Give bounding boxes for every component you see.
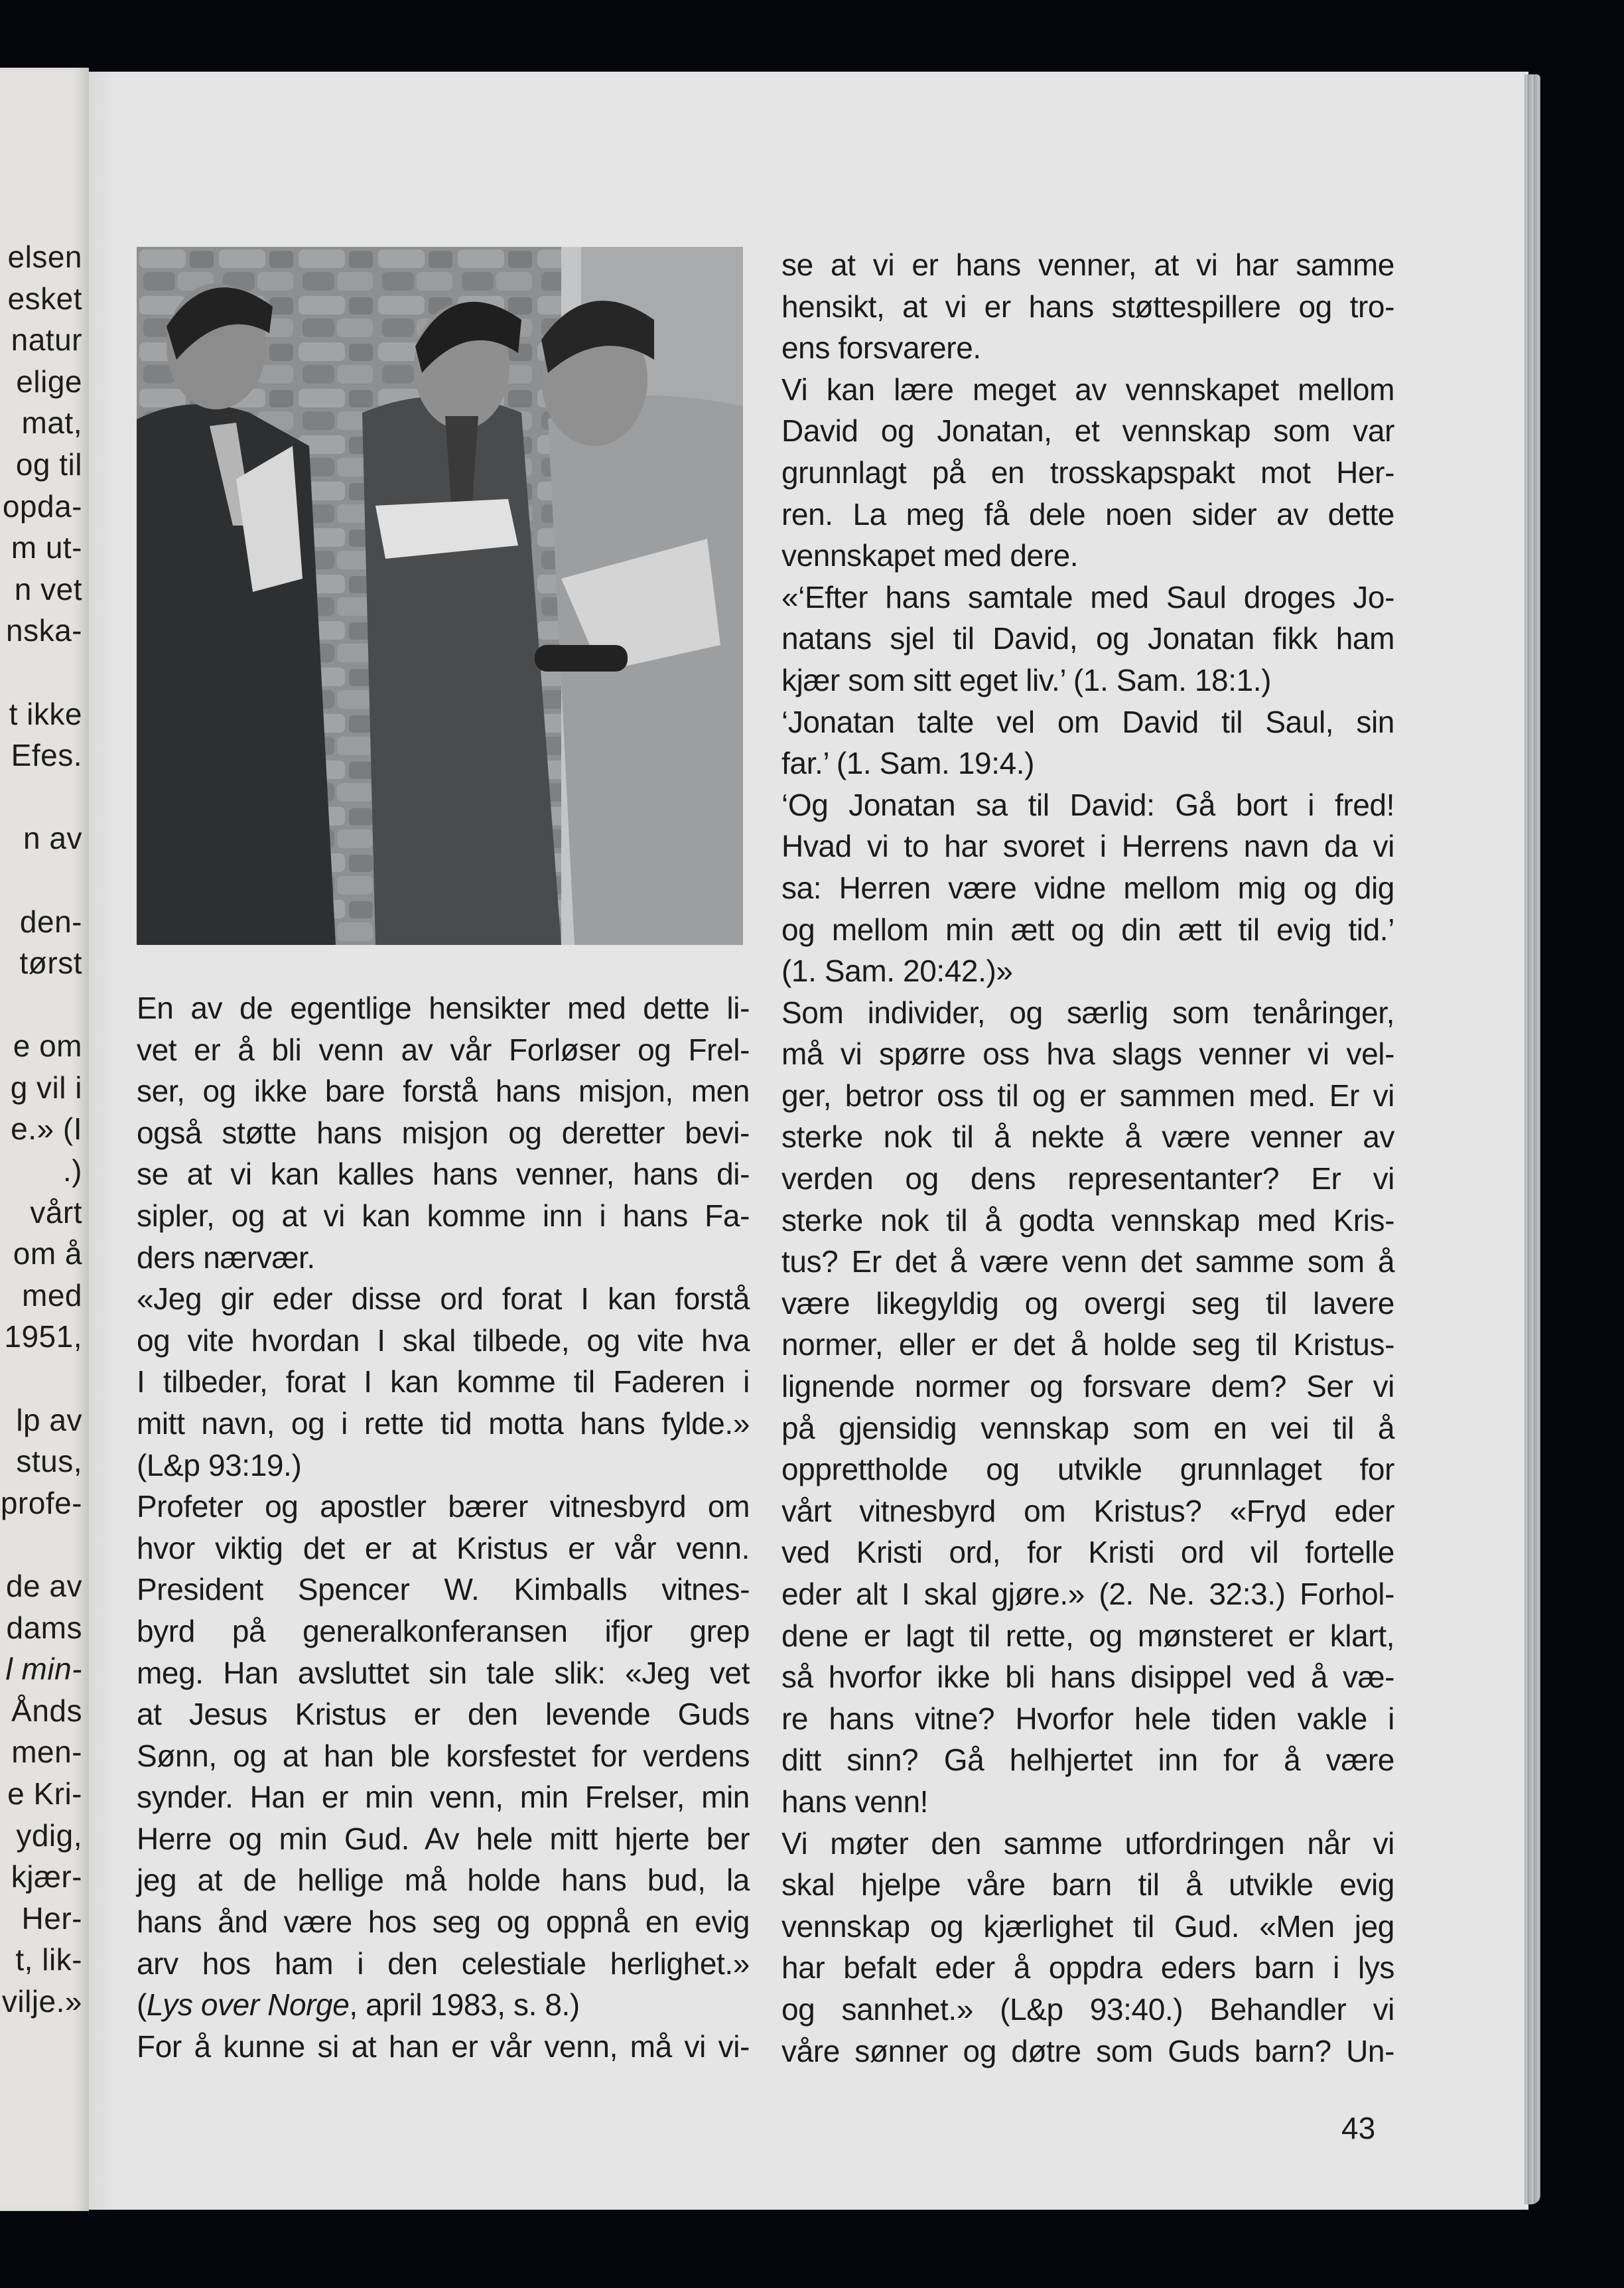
text-line: Vi møter den samme utfordringen når vi	[781, 1823, 1394, 1865]
text-line: ‘Og Jonatan sa til David: Gå bort i fred…	[781, 784, 1394, 826]
text-line: opprettholde og utvikle grunnlaget for	[781, 1449, 1394, 1490]
photo-image-icon	[137, 247, 743, 945]
text-line: hans venn!	[781, 1781, 1394, 1823]
text-line: våre sønner og døtre som Guds barn? Un-	[781, 2031, 1394, 2072]
left-page-line	[0, 1524, 82, 1565]
left-page-line	[0, 1358, 82, 1399]
text-line: vennskapet med dere.	[781, 535, 1394, 577]
left-page-line: Efes.	[0, 735, 82, 776]
left-page-line	[0, 776, 82, 818]
text-line: sterke nok til å nekte å være venner av	[781, 1116, 1394, 1158]
left-page-line: de av	[0, 1565, 82, 1607]
text-line: byrd på generalkonferansen ifjor grep	[137, 1610, 750, 1652]
left-page-line: stus,	[0, 1441, 82, 1482]
text-line: verden og dens representanter? Er vi	[781, 1158, 1394, 1200]
text-line: hans ånd være hos seg og oppnå en evig	[137, 1901, 750, 1943]
text-line: sterke nok til å godta vennskap med Kris…	[781, 1200, 1394, 1242]
text-line: at Jesus Kristus er den levende Guds	[137, 1693, 750, 1735]
text-line: Profeter og apostler bærer vitnesbyrd om	[137, 1486, 750, 1528]
text-line: ger, betror oss til og er sammen med. Er…	[781, 1075, 1394, 1117]
left-page-line: esket	[0, 278, 82, 320]
text-line: arv hos ham i den celestiale herlighet.»	[137, 1943, 750, 1985]
text-line: Vi kan lære meget av vennskapet mellom	[781, 369, 1394, 411]
text-line: normer, eller er det å holde seg til Kri…	[781, 1324, 1394, 1366]
text-line: ser, og ikke bare forstå hans misjon, me…	[137, 1070, 750, 1112]
text-line: sipler, og at vi kan komme inn i hans Fa…	[137, 1195, 750, 1237]
text-line: på gjensidig vennskap som en vei til å	[781, 1407, 1394, 1449]
text-line: Sønn, og at han ble korsfestet for verde…	[137, 1735, 750, 1777]
text-line: Herre og min Gud. Av hele mitt hjerte be…	[137, 1818, 750, 1860]
text-line: I tilbeder, forat I kan komme til Fadere…	[137, 1361, 750, 1403]
text-line: far.’ (1. Sam. 19:4.)	[781, 743, 1394, 784]
left-page-line: g vil i	[0, 1067, 82, 1109]
left-page-line: n av	[0, 818, 82, 859]
text-line: tus? Er det å være venn det samme som å	[781, 1241, 1394, 1283]
text-line: David og Jonatan, et vennskap som var	[781, 410, 1394, 452]
left-page-line: den-	[0, 901, 82, 943]
left-page-line: og til	[0, 444, 82, 486]
left-page-line: om å	[0, 1233, 82, 1275]
text-line: vet er å bli venn av vår Forløser og Fre…	[137, 1029, 750, 1071]
text-line: ens forsvarere.	[781, 327, 1394, 369]
left-page-line: Her-	[0, 1898, 82, 1940]
text-line: sa: Herren være vidne mellom mig og dig	[781, 867, 1394, 909]
left-page-line: e.» (I	[0, 1108, 82, 1150]
text-line: ders nærvær.	[137, 1237, 750, 1279]
left-page-line: mat,	[0, 402, 82, 444]
text-line: (Lys over Norge, april 1983, s. 8.)	[137, 1984, 750, 2026]
text-line: se at vi kan kalles hans venner, hans di…	[137, 1153, 750, 1195]
left-page-line: 1951,	[0, 1316, 82, 1358]
text-line: (1. Sam. 20:42.)»	[781, 950, 1394, 992]
text-line: natans sjel til David, og Jonatan fikk h…	[781, 618, 1394, 660]
text-line: må vi spørre oss hva slags venner vi vel…	[781, 1033, 1394, 1075]
left-page-line: elige	[0, 361, 82, 403]
text-line: «‘Efter hans samtale med Saul droges Jo-	[781, 577, 1394, 618]
text-line: ditt sinn? Gå helhjertet inn for å være	[781, 1739, 1394, 1781]
text-line: En av de egentlige hensikter med dette l…	[137, 987, 750, 1029]
left-page-line: dams	[0, 1607, 82, 1649]
left-page-line: profe-	[0, 1482, 82, 1524]
text-line: også støtte hans misjon og deretter bevi…	[137, 1112, 750, 1154]
left-page-line: nska-	[0, 610, 82, 652]
text-line: vennskap og kjærlighet til Gud. «Men jeg	[781, 1906, 1394, 1948]
left-page-line: n vet	[0, 569, 82, 610]
text-line: vårt vitnesbyrd om Kristus? «Fryd eder	[781, 1490, 1394, 1532]
text-line: meg. Han avsluttet sin tale slik: «Jeg v…	[137, 1652, 750, 1694]
text-line: dene er lagt til rette, og mønsteret er …	[781, 1615, 1394, 1657]
text-line: se at vi er hans venner, at vi har samme	[781, 244, 1394, 286]
text-line: og mellom min ætt og din ætt til evig ti…	[781, 909, 1394, 951]
left-page-line: med	[0, 1275, 82, 1317]
italic-citation: Lys over Norge	[147, 1987, 349, 2022]
left-page-edge: elsenesketnatureligemat,og tilopda-m ut-…	[0, 68, 89, 2211]
text-line: være likegyldig og overgi seg til lavere	[781, 1283, 1394, 1324]
photo-three-men-in-suits	[137, 247, 743, 945]
text-line: og vite hvordan I skal tilbede, og vite …	[137, 1320, 750, 1362]
text-line: grunnlagt på en trosskapspakt mot Her-	[781, 452, 1394, 494]
left-page-line: men-	[0, 1731, 82, 1773]
text-line: lignende normer og forsvare dem? Ser vi	[781, 1366, 1394, 1407]
left-page-line: natur	[0, 319, 82, 361]
text-line: har befalt eder å oppdra eders barn i ly…	[781, 1947, 1394, 1989]
article-column-middle: En av de egentlige hensikter med dette l…	[137, 987, 750, 2067]
left-page-line	[0, 652, 82, 693]
text-line: «Jeg gir eder disse ord forat I kan fors…	[137, 1278, 750, 1320]
text-line: hensikt, at vi er hans støttespillere og…	[781, 286, 1394, 328]
left-page-line: elsen	[0, 236, 82, 278]
text-line: synder. Han er min venn, min Frelser, mi…	[137, 1776, 750, 1818]
left-page-line	[0, 859, 82, 901]
left-page-line: m ut-	[0, 527, 82, 569]
left-page-line: e om	[0, 1025, 82, 1067]
text-line: ‘Jonatan talte vel om David til Saul, si…	[781, 701, 1394, 743]
text-line: hvor viktig det er at Kristus er vår ven…	[137, 1528, 750, 1569]
left-page-line: e Kri-	[0, 1773, 82, 1815]
left-page-line: vårt	[0, 1192, 82, 1234]
text-line: Som individer, og særlig som tenåringer,	[781, 992, 1394, 1034]
text-line: ved Kristi ord, for Kristi ord vil forte…	[781, 1532, 1394, 1573]
text-line: President Spencer W. Kimballs vitnes-	[137, 1569, 750, 1610]
text-line: ren. La meg få dele noen sider av dette	[781, 494, 1394, 536]
text-line: eder alt I skal gjøre.» (2. Ne. 32:3.) F…	[781, 1573, 1394, 1615]
left-page-line: vilje.»	[0, 1981, 82, 2023]
left-page-line: lp av	[0, 1399, 82, 1441]
text-line: og sannhet.» (L&p 93:40.) Behandler vi	[781, 1989, 1394, 2031]
text-line: Hvad vi to har svoret i Herrens navn da …	[781, 825, 1394, 867]
text-line: jeg at de hellige må holde hans bud, la	[137, 1859, 750, 1901]
left-page-text-fragments: elsenesketnatureligemat,og tilopda-m ut-…	[0, 236, 82, 2023]
left-page-line: Ånds	[0, 1690, 82, 1732]
text-line: skal hjelpe våre barn til å utvikle evig	[781, 1864, 1394, 1906]
text-line: re hans vitne? Hvorfor hele tiden vakle …	[781, 1698, 1394, 1740]
left-page-line: t ikke	[0, 693, 82, 735]
page-stack-edge	[1524, 74, 1540, 2204]
text-line: så hvorfor ikke bli hans disippel ved å …	[781, 1656, 1394, 1698]
page-number: 43	[1341, 2110, 1375, 2146]
text-line: For å kunne si at han er vår venn, må vi…	[137, 2026, 750, 2068]
text-line: (L&p 93:19.)	[137, 1445, 750, 1486]
left-page-line: t, lik-	[0, 1939, 82, 1981]
article-column-right: se at vi er hans venner, at vi har samme…	[781, 244, 1394, 2072]
left-page-line: kjær-	[0, 1856, 82, 1898]
left-page-line: tørst	[0, 942, 82, 984]
text-line: kjær som sitt eget liv.’ (1. Sam. 18:1.)	[781, 660, 1394, 701]
left-page-line: .)	[0, 1150, 82, 1192]
left-page-line	[0, 984, 82, 1026]
text-line: mitt navn, og i rette tid motta hans fyl…	[137, 1403, 750, 1445]
left-page-line: opda-	[0, 486, 82, 528]
left-page-line: l min-	[0, 1648, 82, 1690]
left-page-line: ydig,	[0, 1815, 82, 1857]
